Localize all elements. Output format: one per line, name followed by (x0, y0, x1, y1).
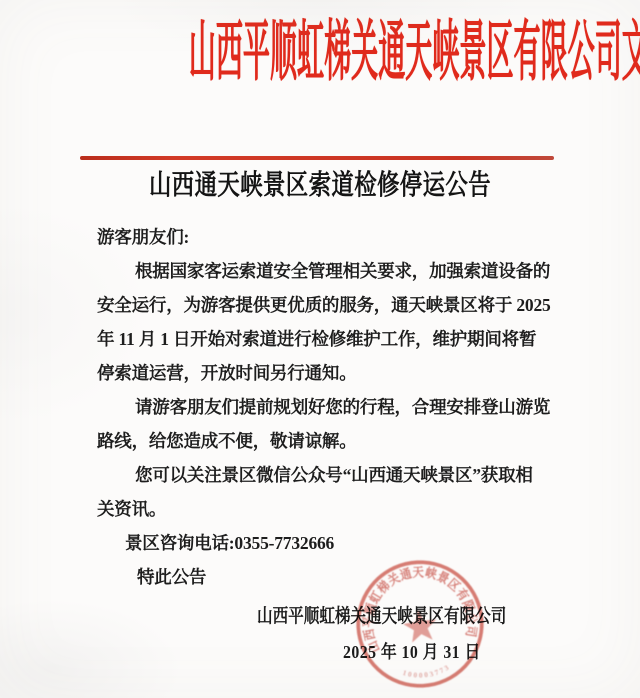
body-line: 您可以关注景区微信公众号“山西通天峡景区”获取相 (97, 458, 567, 492)
body-line: 停索道运营，开放时间另行通知。 (97, 356, 567, 390)
contact-phone-line: 景区咨询电话:0355-7732666 (97, 526, 567, 560)
notice-title: 山西通天峡景区索道检修停运公告 (64, 170, 576, 202)
body-line: 关资讯。 (97, 492, 567, 526)
letterhead-title: 山西平顺虹梯关通天峡景区有限公司文件 (189, 16, 451, 90)
document-page: 山西平顺虹梯关通天峡景区有限公司文件 山西通天峡景区索道检修停运公告 游客朋友们… (0, 0, 640, 698)
body-line: 安全运行，为游客提供更优质的服务，通天峡景区将于 2025 (97, 288, 567, 322)
closing-line: 特此公告 (97, 560, 567, 594)
body-line: 年 11 月 1 日开始对索道进行检修维护工作，维护期间将暂 (97, 322, 567, 356)
body-line: 路线，给您造成不便，敬请谅解。 (97, 424, 567, 458)
letterhead-divider (80, 156, 554, 160)
star-icon (401, 607, 438, 643)
svg-text:山西平顺虹梯关通天峡景区有限公司: 山西平顺虹梯关通天峡景区有限公司 (353, 557, 482, 656)
body-line: 根据国家客运索道安全管理相关要求，加强索道设备的 (97, 254, 567, 288)
body-line: 请游客朋友们提前规划好您的行程，合理安排登山游览 (97, 390, 567, 424)
salutation: 游客朋友们: (97, 220, 567, 254)
seal-arc-text: 山西平顺虹梯关通天峡景区有限公司 (353, 557, 482, 656)
official-seal-stamp: 山西平顺虹梯关通天峡景区有限公司 100003773 (341, 545, 499, 698)
notice-body: 游客朋友们: 根据国家客运索道安全管理相关要求，加强索道设备的 安全运行，为游客… (97, 220, 567, 594)
